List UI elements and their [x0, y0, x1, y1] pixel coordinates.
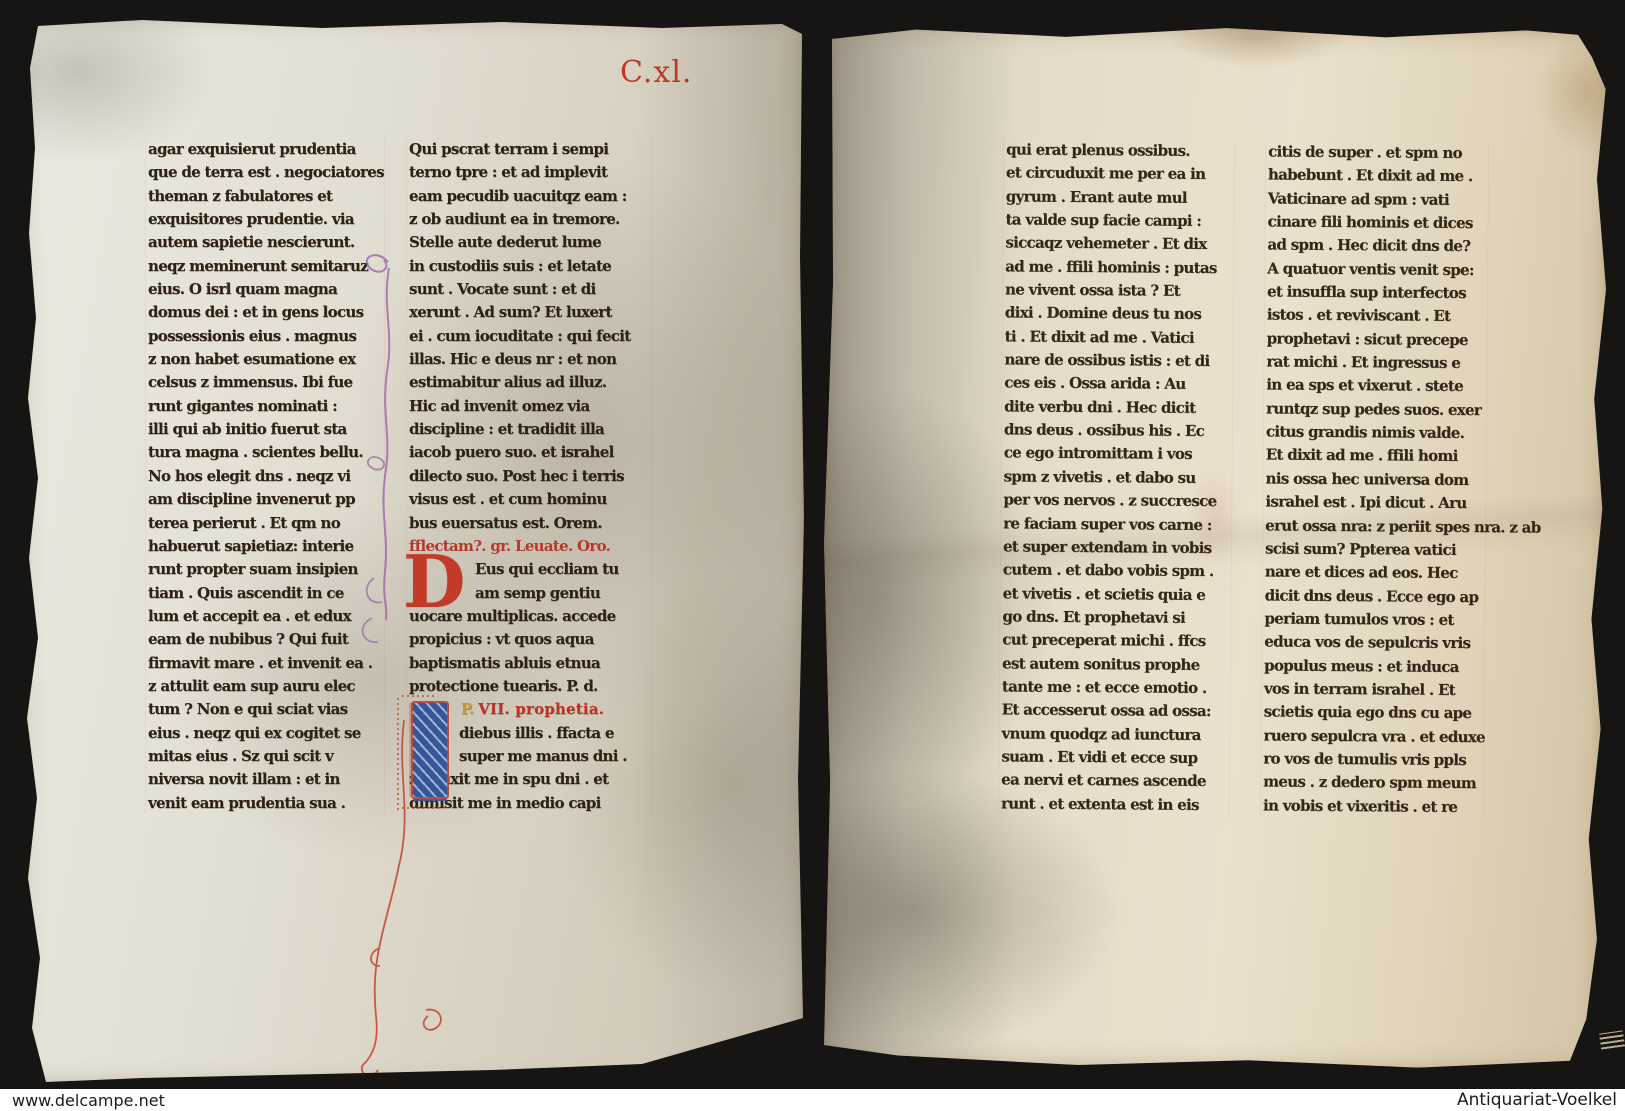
- text-line: agar exquisierut prudentia: [148, 138, 382, 161]
- text-line: Stelle aute dederut lume: [409, 231, 649, 254]
- column-lines: Qui pscrat terram i sempiterno tpre : et…: [409, 138, 649, 535]
- column-lines: citis de super . et spm nohabebunt . Et …: [1263, 140, 1486, 819]
- text-line: iacob puero suo. et israhel: [409, 441, 649, 464]
- text-line: tura magna . scientes bellu.: [148, 441, 382, 464]
- text-line: ta valde sup facie campi :: [1005, 208, 1231, 233]
- rubric-line: fflectam?. gr. Leuate. Oro.: [409, 535, 649, 558]
- text-line: Et accesserut ossa ad ossa:: [1002, 699, 1228, 724]
- text-line: runt gigantes nominati :: [148, 395, 382, 418]
- text-line: am semp gentiu: [409, 582, 649, 605]
- text-line: Vaticinare ad spm : vati: [1268, 187, 1486, 212]
- text-line: in vobis et vixeritis . et re: [1263, 794, 1481, 819]
- heading-text: VII. prophetia.: [478, 700, 604, 718]
- column-lines: agar exquisierut prudentiaque de terra e…: [148, 138, 382, 815]
- text-line: mitas eius . Sz qui scit v: [148, 745, 382, 768]
- text-line: ruero sepulcra vra . et eduxe: [1263, 724, 1481, 749]
- column-lines: qui erat plenus ossibus.et circuduxit me…: [1001, 138, 1232, 817]
- text-line: uocare multiplicas. accede: [409, 605, 649, 628]
- text-line: et vivetis . et scietis quia e: [1003, 582, 1229, 607]
- text-line: cutem . et dabo vobis spm .: [1003, 559, 1229, 584]
- text-line: theman z fabulatores et: [148, 185, 382, 208]
- text-line: ea nervi et carnes ascende: [1001, 769, 1227, 794]
- text-line: nis ossa hec universa dom: [1265, 467, 1483, 492]
- text-line: super me manus dni .: [409, 745, 649, 768]
- watermark-bar: www.delcampe.net Antiquariat-Voelkel: [0, 1089, 1625, 1111]
- text-line: suam . Et vidi et ecce sup: [1001, 745, 1227, 770]
- text-line: ro vos de tumulis vris ppls: [1263, 747, 1481, 772]
- text-line: protectione tuearis. P. d.: [409, 675, 649, 698]
- text-line: runt propter suam insipien: [148, 558, 382, 581]
- text-line: A quatuor ventis venit spe:: [1267, 257, 1485, 282]
- text-line: nare et dices ad eos. Hec: [1265, 561, 1483, 586]
- text-line: ti . Et dixit ad me . Vatici: [1005, 325, 1231, 350]
- text-line: ei . cum iocuditate : qui fecit: [409, 325, 649, 348]
- text-line: venit eam prudentia sua .: [148, 792, 382, 815]
- prayer-block: D Eus qui eccliam tuam semp gentiuuocare…: [409, 558, 649, 698]
- text-line: habuerut sapietiaz: interie: [148, 535, 382, 558]
- text-line: discipline : et tradidit illa: [409, 418, 649, 441]
- text-line: eam de nubibus ? Qui fuit: [148, 628, 382, 651]
- text-line: estimabitur alius ad illuz.: [409, 371, 649, 394]
- text-line: lum et accepit ea . et edux: [148, 605, 382, 628]
- text-line: dns deus . ossibus his . Ec: [1004, 418, 1230, 443]
- text-line: terea perierut . Et qm no: [148, 512, 382, 535]
- text-line: diebus illis . ffacta e: [409, 722, 649, 745]
- text-line: exquisitores prudentie. via: [148, 208, 382, 231]
- text-line: xerunt . Ad sum? Et luxert: [409, 301, 649, 324]
- text-line: citis de super . et spm no: [1268, 140, 1486, 165]
- text-line: ces eis . Ossa arida : Au: [1004, 372, 1230, 397]
- text-line: eam pecudib uacuitqz eam :: [409, 185, 649, 208]
- text-line: tum ? Non e qui sciat vias: [148, 698, 382, 721]
- text-line: Eus qui eccliam tu: [409, 558, 649, 581]
- text-line: scisi sum? Ppterea vatici: [1265, 537, 1483, 562]
- text-line: neqz meminerunt semitaruz: [148, 255, 382, 278]
- text-line: cinare fili hominis et dices: [1267, 210, 1485, 235]
- heading-paraph: P.: [461, 700, 474, 718]
- text-line: ad spm . Hec dicit dns de?: [1267, 234, 1485, 259]
- text-line: israhel est . Ipi dicut . Aru: [1265, 491, 1483, 516]
- text-line: z ob audiunt ea in tremore.: [409, 208, 649, 231]
- text-line: tiam . Quis ascendit in ce: [148, 582, 382, 605]
- text-line: est autem sonitus prophe: [1002, 652, 1228, 677]
- text-line: Qui pscrat terram i sempi: [409, 138, 649, 161]
- text-line: Et dixit ad me . ffili homi: [1266, 444, 1484, 469]
- text-line: gyrum . Erant aute mul: [1006, 185, 1232, 210]
- text-line: per vos nervos . z succresce: [1003, 489, 1229, 514]
- frayed-thread: [1599, 1030, 1625, 1049]
- text-line: populus meus : et induca: [1264, 654, 1482, 679]
- text-line: in custodiis suis : et letate: [409, 255, 649, 278]
- text-line: z non habet esumatione ex: [148, 348, 382, 371]
- text-line: runtqz sup pedes suos. exer: [1266, 397, 1484, 422]
- illuminated-initial-i: [411, 701, 449, 799]
- text-line: spm z vivetis . et dabo su: [1003, 465, 1229, 490]
- lesson-block: P. VII. prophetia. diebus illis . ffacta…: [409, 698, 649, 815]
- text-line: sunt . Vocate sunt : et di: [409, 278, 649, 301]
- watermark-antiquariat: Antiquariat-Voelkel: [1457, 1090, 1617, 1110]
- text-line: prophetavi : sicut precepe: [1267, 327, 1485, 352]
- text-line: autem sapietie nescierunt.: [148, 231, 382, 254]
- text-line: go dns. Et prophetavi si: [1002, 605, 1228, 630]
- text-line: dite verbu dni . Hec dicit: [1004, 395, 1230, 420]
- manuscript-leaf-left: C.xl. agar exquisierut prudentiaque de t…: [22, 18, 804, 1084]
- text-line: firmavit mare . et invenit ea .: [148, 652, 382, 675]
- text-line: nare de ossibus istis : et di: [1004, 348, 1230, 373]
- text-line: habebunt . Et dixit ad me .: [1268, 164, 1486, 189]
- manuscript-leaf-right: qui erat plenus ossibus.et circuduxit me…: [818, 23, 1610, 1073]
- text-line: illas. Hic e deus nr : et non: [409, 348, 649, 371]
- text-line: qui erat plenus ossibus.: [1006, 138, 1232, 163]
- text-line: bus euersatus est. Orem.: [409, 512, 649, 535]
- text-line: cut preceperat michi . ffcs: [1002, 629, 1228, 654]
- text-line: dilecto suo. Post hec i terris: [409, 465, 649, 488]
- watermark-delcampe: www.delcampe.net: [12, 1091, 165, 1110]
- text-line: rat michi . Et ingressus e: [1266, 351, 1484, 376]
- text-line: istos . et reviviscant . Et: [1267, 304, 1485, 329]
- text-line: runt . et extenta est in eis: [1001, 792, 1227, 817]
- text-line: Hic ad invenit omez via: [409, 395, 649, 418]
- text-line: domus dei : et in gens locus: [148, 301, 382, 324]
- text-line: que de terra est . negociatores: [148, 161, 382, 184]
- penwork-flourish-layer: [22, 18, 804, 1084]
- text-line: dixi . Domine deus tu nos: [1005, 302, 1231, 327]
- text-line: vnum quodqz ad iunctura: [1001, 722, 1227, 747]
- prayer-lines: Eus qui eccliam tuam semp gentiuuocare m…: [409, 558, 649, 698]
- text-line: z attulit eam sup auru elec: [148, 675, 382, 698]
- text-line: z eduxit me in spu dni . et: [409, 768, 649, 791]
- text-line: ce ego intromittam i vos: [1004, 442, 1230, 467]
- text-line: possessionis eius . magnus: [148, 325, 382, 348]
- text-line: in ea sps et vixerut . stete: [1266, 374, 1484, 399]
- left-leaf-column-1: agar exquisierut prudentiaque de terra e…: [145, 138, 385, 815]
- text-line: dimisit me in medio capi: [409, 792, 649, 815]
- text-line: siccaqz vehemeter . Et dix: [1005, 232, 1231, 257]
- right-leaf-column-2: citis de super . et spm nohabebunt . Et …: [1260, 140, 1489, 819]
- text-line: citus grandis nimis valde.: [1266, 421, 1484, 446]
- text-line: No hos elegit dns . neqz vi: [148, 465, 382, 488]
- text-line: propicius : vt quos aqua: [409, 628, 649, 651]
- text-line: et super extendam in vobis: [1003, 535, 1229, 560]
- penwork-flourish-purple: [367, 255, 389, 620]
- text-line: et circuduxit me per ea in: [1006, 162, 1232, 187]
- text-line: am discipline invenerut pp: [148, 488, 382, 511]
- text-line: re faciam super vos carne :: [1003, 512, 1229, 537]
- text-line: celsus z immensus. Ibi fue: [148, 371, 382, 394]
- text-line: visus est . et cum hominu: [409, 488, 649, 511]
- text-line: dicit dns deus . Ecce ego ap: [1265, 584, 1483, 609]
- text-line: educa vos de sepulcris vris: [1264, 631, 1482, 656]
- dropcap-initial-d: D: [403, 554, 465, 610]
- text-line: ad me . ffili hominis : putas: [1005, 255, 1231, 280]
- photo-background: C.xl. agar exquisierut prudentiaque de t…: [0, 0, 1625, 1111]
- penwork-frame-red: [398, 696, 442, 810]
- text-line: meus . z dedero spm meum: [1263, 771, 1481, 796]
- right-leaf-column-1: qui erat plenus ossibus.et circuduxit me…: [998, 138, 1235, 817]
- text-line: ne vivent ossa ista ? Et: [1005, 278, 1231, 303]
- penwork-flourish-purple-curls: [363, 457, 385, 642]
- lesson-lines: diebus illis . ffacta esuper me manus dn…: [409, 722, 649, 815]
- text-line: niversa novit illam : et in: [148, 768, 382, 791]
- text-line: erut ossa nra: z periit spes nra. z ab: [1265, 514, 1483, 539]
- text-line: periam tumulos vros : et: [1264, 607, 1482, 632]
- penwork-flourish-red: [362, 720, 441, 1076]
- text-line: terno tpre : et ad implevit: [409, 161, 649, 184]
- left-leaf-column-2: Qui pscrat terram i sempiterno tpre : et…: [406, 138, 652, 815]
- text-line: eius . neqz qui ex cogitet se: [148, 722, 382, 745]
- text-line: baptismatis abluis etnua: [409, 652, 649, 675]
- text-line: et insuffla sup interfectos: [1267, 280, 1485, 305]
- text-line: eius. O isrl quam magna: [148, 278, 382, 301]
- text-line: scietis quia ego dns cu ape: [1264, 701, 1482, 726]
- text-line: vos in terram israhel . Et: [1264, 677, 1482, 702]
- folio-number: C.xl.: [620, 56, 692, 90]
- text-line: illi qui ab initio fuerut sta: [148, 418, 382, 441]
- prophetia-heading: P. VII. prophetia.: [409, 698, 649, 721]
- text-line: tante me : et ecce emotio .: [1002, 675, 1228, 700]
